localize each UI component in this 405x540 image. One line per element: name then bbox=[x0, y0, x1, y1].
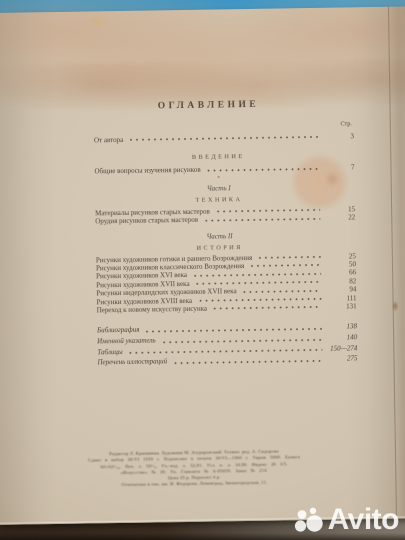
toc-history-entries: Рисунки художников готики и раннего Возр… bbox=[84, 252, 357, 315]
toc-entry-label: Переход к новому искусству рисунка bbox=[85, 305, 207, 315]
page-title: ОГЛАВЛЕНИЕ bbox=[81, 98, 353, 113]
dotted-leader bbox=[206, 166, 320, 174]
dotted-leader bbox=[242, 288, 322, 295]
toc-entry-page: 3 bbox=[322, 132, 354, 141]
toc-entry-page: 7 bbox=[322, 164, 354, 173]
toc-entry-label: Именной указатель bbox=[85, 336, 156, 348]
dotted-leader bbox=[172, 358, 322, 366]
photo-of-book-page: ОГЛАВЛЕНИЕ Стр. От автора 3 ВВЕДЕНИЕ Общ… bbox=[0, 0, 405, 540]
toc-section-introduction: ВВЕДЕНИЕ bbox=[82, 152, 354, 163]
toc-entry-label: Перечень иллюстраций bbox=[85, 357, 167, 369]
toc-entry-page: 275 bbox=[325, 354, 357, 365]
toc-entry-page: 140 bbox=[325, 332, 357, 343]
toc-technique-entries: Материалы рисунков старых мастеров 15 Ор… bbox=[83, 205, 355, 226]
toc-back-matter-entries: Библиография 138 Именной указатель 140 Т… bbox=[85, 322, 358, 369]
book-page: ОГЛАВЛЕНИЕ Стр. От автора 3 ВВЕДЕНИЕ Общ… bbox=[0, 6, 405, 525]
toc-part-2-heading: Часть II bbox=[83, 230, 355, 242]
toc-entry-page: 131 bbox=[325, 302, 357, 311]
dotted-leader bbox=[249, 262, 321, 269]
book-fore-edge bbox=[388, 6, 405, 518]
dotted-leader bbox=[212, 304, 322, 312]
stain-spot-top-left bbox=[84, 13, 110, 29]
toc-section-history: ИСТОРИЯ bbox=[84, 242, 356, 253]
water-stain-top bbox=[0, 0, 405, 113]
avito-logo-icon bbox=[294, 505, 324, 534]
toc-entry-page: 22 bbox=[323, 214, 355, 223]
toc-entry-label: Таблицы bbox=[85, 347, 122, 358]
toc-entry-page: 138 bbox=[325, 322, 357, 333]
page-column-header: Стр. bbox=[82, 121, 354, 132]
colophon-block: Редактор Л. Крапивина. Художник М. Атура… bbox=[43, 448, 346, 491]
toc-part-1-heading: Часть I bbox=[83, 182, 355, 194]
toc-entry-label: От автора bbox=[82, 136, 123, 145]
toc-entry-label: Общие вопросы изучения рисунков bbox=[82, 166, 200, 176]
dotted-leader bbox=[257, 254, 321, 261]
table-of-contents: ОГЛАВЛЕНИЕ Стр. От автора 3 ВВЕДЕНИЕ Общ… bbox=[81, 98, 357, 368]
toc-section-technique: ТЕХНИКА bbox=[83, 194, 355, 205]
toc-entry-page: 150—274 bbox=[325, 343, 357, 354]
toc-row: От автора 3 bbox=[82, 132, 354, 145]
dotted-leader bbox=[128, 134, 319, 143]
avito-wordmark: Avito bbox=[328, 505, 399, 534]
avito-watermark: Avito bbox=[294, 505, 399, 534]
dotted-leader bbox=[203, 215, 320, 223]
toc-entry-label: Орудия рисунков старых мастеров bbox=[83, 216, 198, 226]
